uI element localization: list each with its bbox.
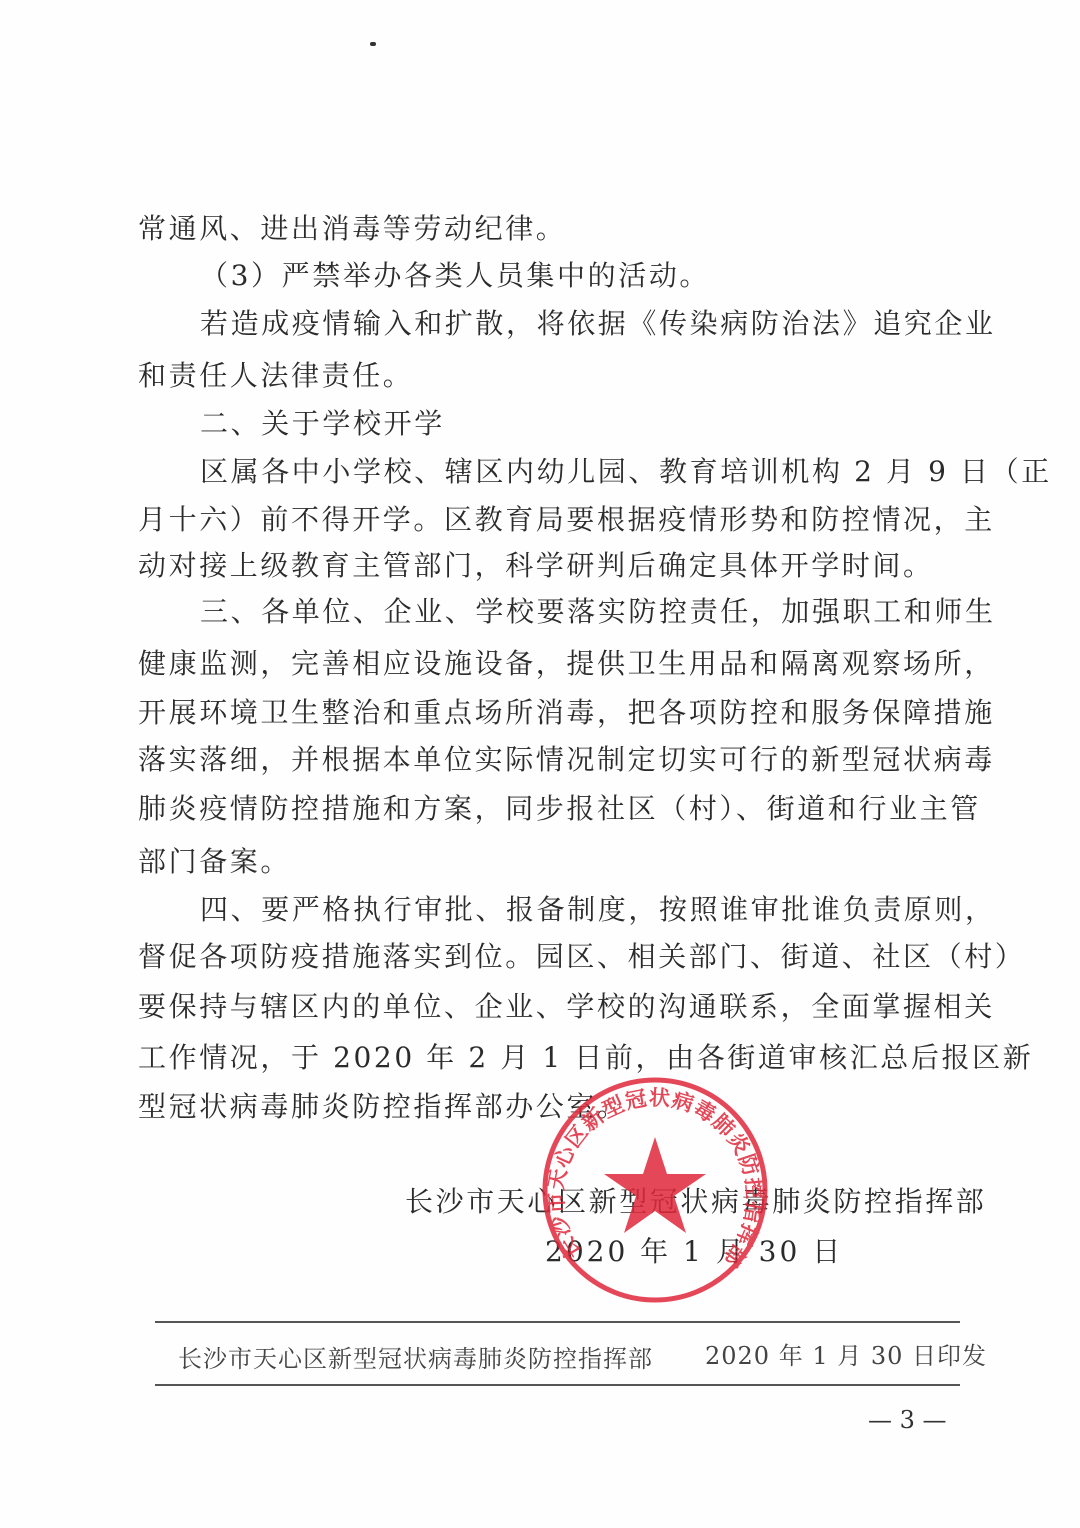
body-line: 部门备案。 [138,845,291,879]
body-line: 要保持与辖区内的单位、企业、学校的沟通联系，全面掌握相关 [138,990,995,1024]
body-line: （3）严禁举办各类人员集中的活动。 [200,259,710,293]
body-line: 月十六）前不得开学。区教育局要根据疫情形势和防控情况，主 [138,503,995,537]
body-line: 三、各单位、企业、学校要落实防控责任，加强职工和师生 [200,595,996,629]
body-line: 若造成疫情输入和扩散，将依据《传染病防治法》追究企业 [200,307,996,341]
body-line: 区属各中小学校、辖区内幼儿园、教育培训机构 2 月 9 日（正 [200,455,1052,489]
body-line: 开展环境卫生整治和重点场所消毒，把各项防控和服务保障措施 [138,696,995,730]
body-line: 健康监测，完善相应设施设备，提供卫生用品和隔离观察场所， [138,647,995,681]
top-mark [370,42,376,46]
body-line: 常通风、进出消毒等劳动纪律。 [138,212,566,246]
body-line: 动对接上级教育主管部门，科学研判后确定具体开学时间。 [138,549,934,583]
official-seal: 长沙市天心区新型冠状病毒肺炎防控指挥部 [540,1075,770,1305]
body-line: 督促各项防疫措施落实到位。园区、相关部门、街道、社区（村） [138,940,1025,974]
footer-issuer: 长沙市天心区新型冠状病毒肺炎防控指挥部 [178,1339,653,1374]
body-line: 和责任人法律责任。 [138,359,413,393]
body-line: 四、要严格执行审批、报备制度，按照谁审批谁负责原则， [200,893,996,927]
footer-rule-bottom [155,1384,960,1386]
star-icon [604,1137,706,1233]
footer-issue-date: 2020 年 1 月 30 日印发 [705,1336,987,1371]
body-line: 工作情况，于 2020 年 2 月 1 日前，由各街道审核汇总后报区新 [138,1041,1033,1075]
document-page: 常通风、进出消毒等劳动纪律。 （3）严禁举办各类人员集中的活动。 若造成疫情输入… [0,0,1080,1528]
footer-rule-top [155,1321,960,1323]
section-heading: 二、关于学校开学 [200,407,445,441]
body-line: 落实落细，并根据本单位实际情况制定切实可行的新型冠状病毒 [138,743,995,777]
body-line: 肺炎疫情防控措施和方案，同步报社区（村）、街道和行业主管 [138,792,981,826]
page-number: — 3 — [868,1406,947,1434]
